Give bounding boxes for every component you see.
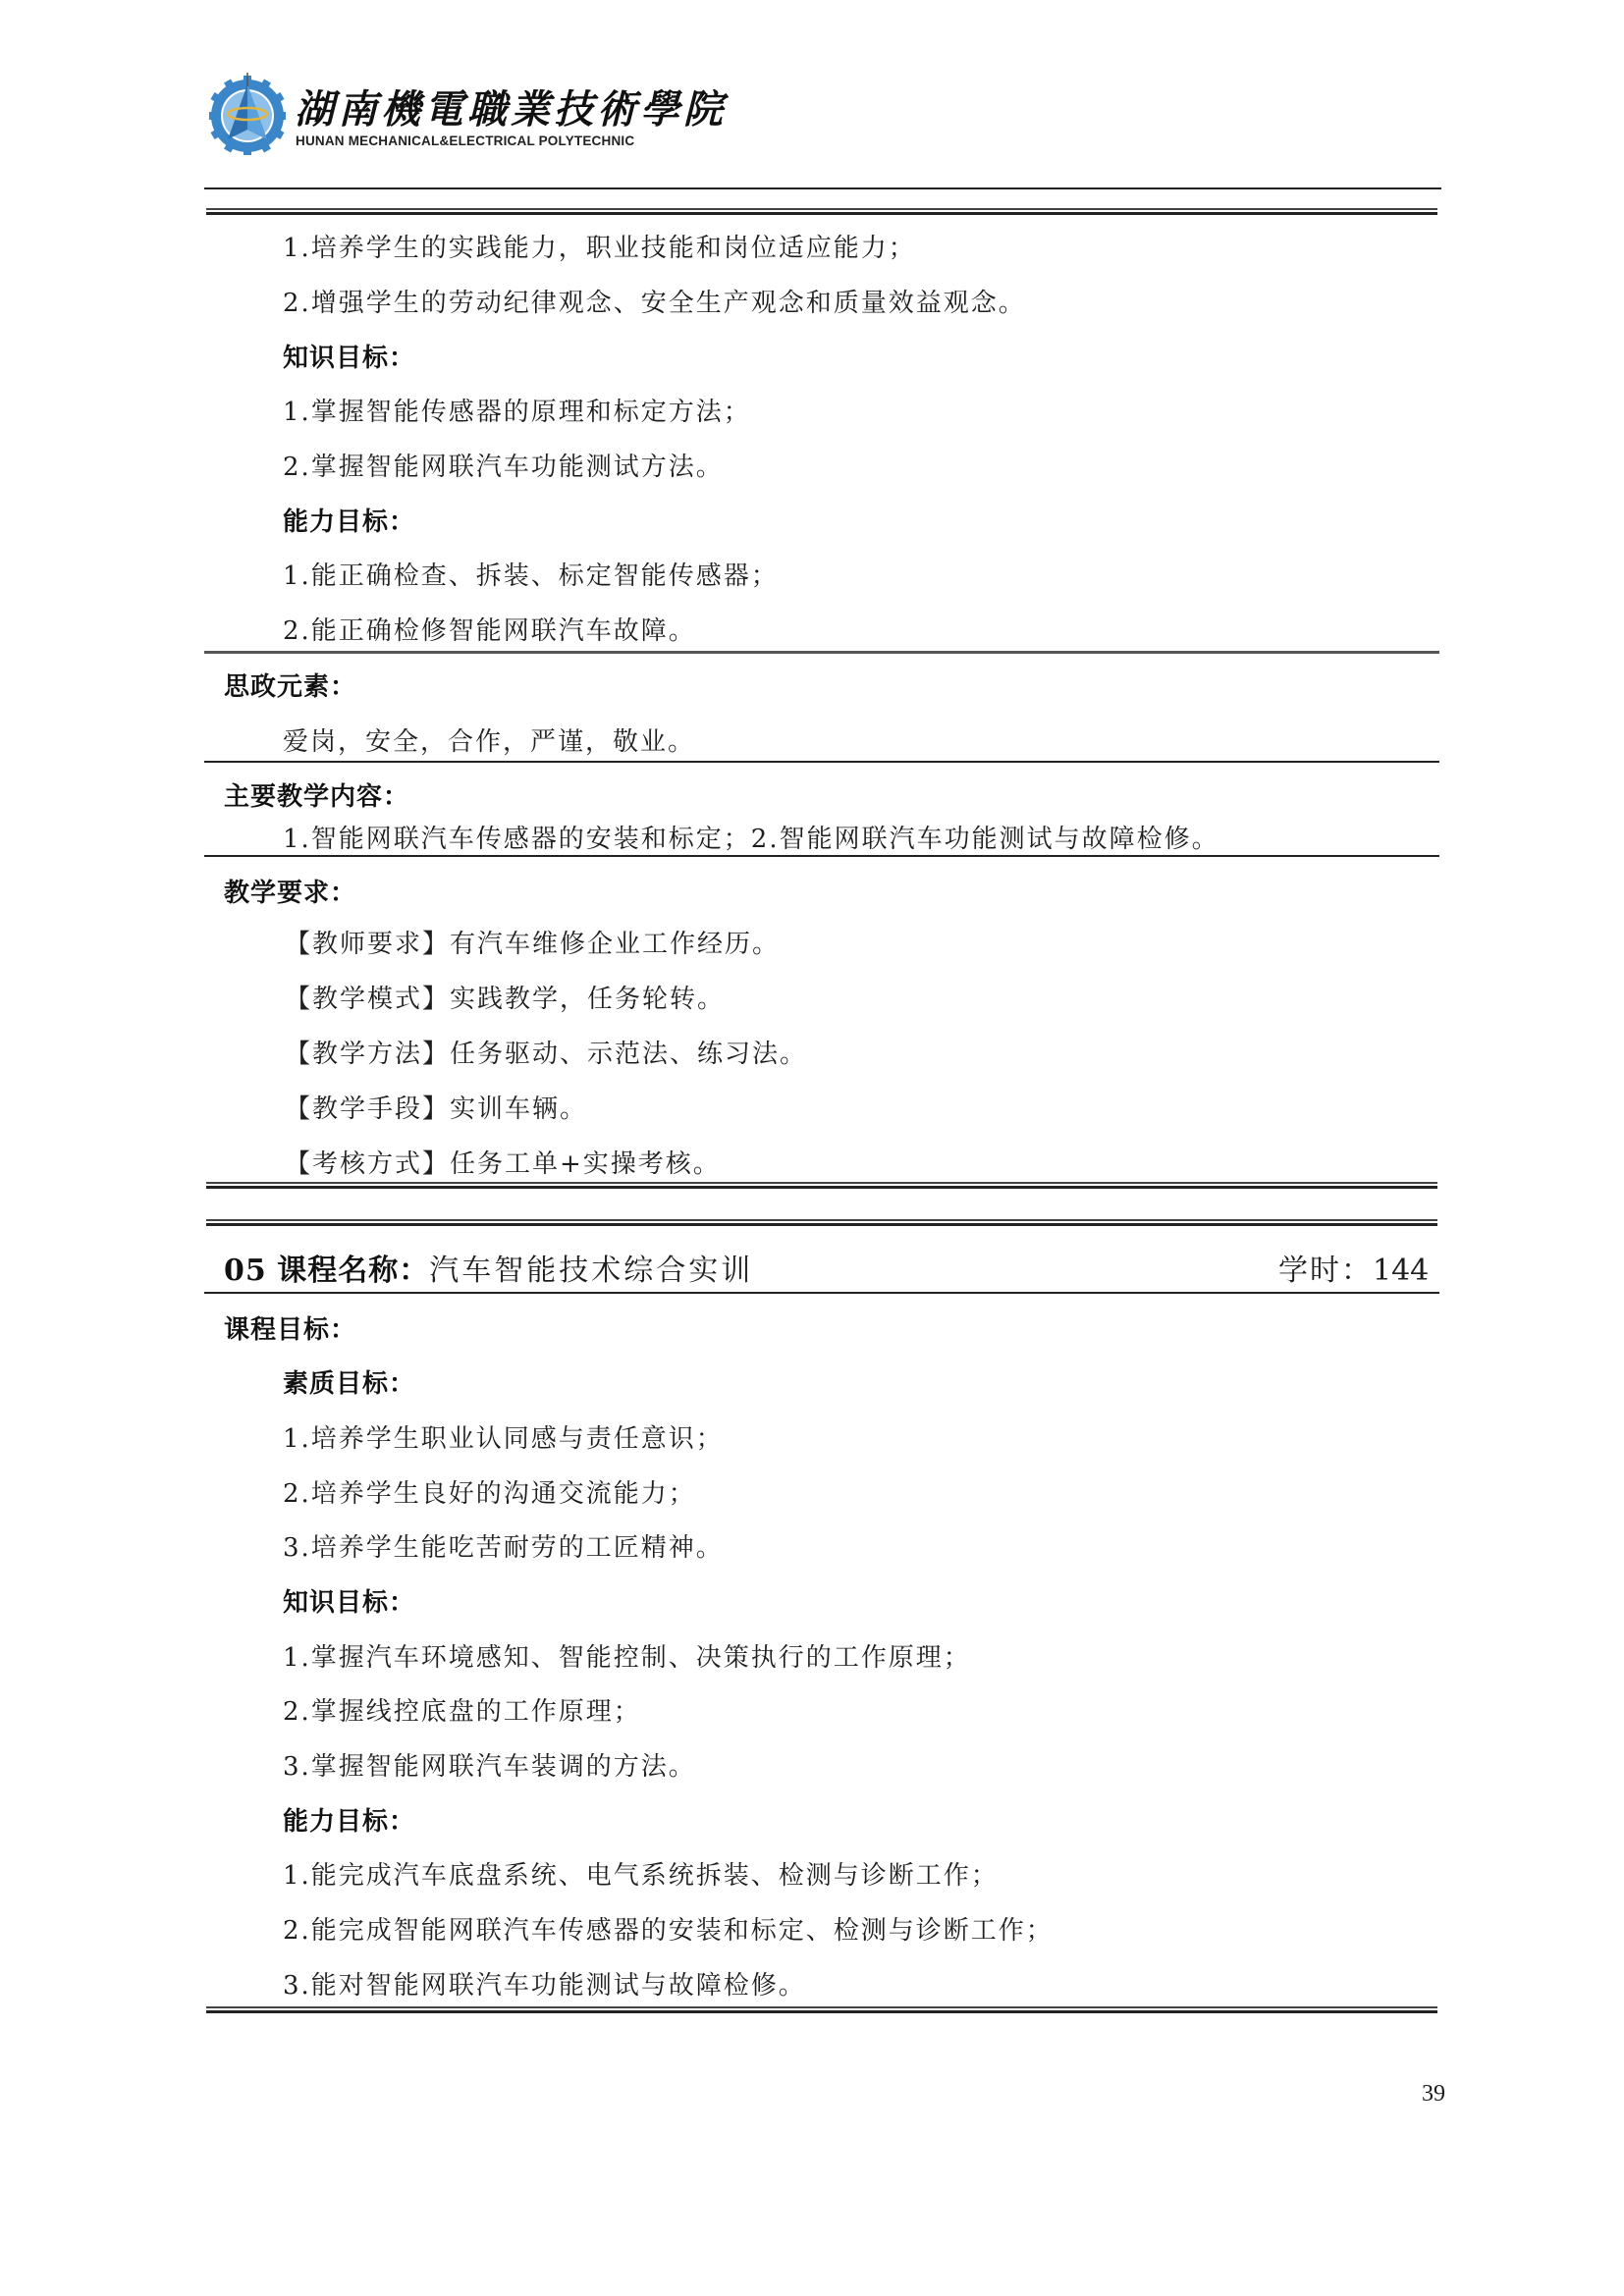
knowledge-item: 1.掌握智能传感器的原理和标定方法；: [283, 398, 751, 427]
requirements-heading: 教学要求：: [224, 879, 356, 908]
ability-heading: 能力目标：: [283, 1807, 415, 1837]
knowledge-heading: 知识目标：: [283, 1588, 415, 1618]
ability-item: 1.能正确检查、拆装、标定智能传感器；: [283, 561, 779, 591]
school-name-en: HUNAN MECHANICAL&ELECTRICAL POLYTECHNIC: [296, 134, 634, 148]
course-number: 05: [224, 1254, 267, 1288]
page-number: 39: [1422, 2081, 1445, 2108]
quality-item: 1.培养学生职业认同感与责任意识；: [283, 1424, 724, 1454]
course-name: 汽车智能技术综合实训: [429, 1254, 753, 1288]
course-title-row: 05 课程名称：汽车智能技术综合实训: [224, 1255, 753, 1288]
section-start-double-rule: [206, 1219, 1437, 1226]
knowledge-item: 3.掌握智能网联汽车装调的方法。: [283, 1752, 696, 1782]
requirement-item: 【教学模式】实践教学，任务轮转。: [285, 985, 725, 1014]
ideology-text: 爱岗，安全，合作，严谨，敬业。: [283, 727, 695, 757]
requirement-item: 【教师要求】有汽车维修企业工作经历。: [285, 930, 780, 959]
rule: [204, 1292, 1439, 1294]
knowledge-item: 1.掌握汽车环境感知、智能控制、决策执行的工作原理；: [283, 1643, 971, 1673]
requirement-item: 【教学手段】实训车辆。: [285, 1095, 587, 1124]
ability-item: 2.能完成智能网联汽车传感器的安装和标定、检测与诊断工作；: [283, 1916, 1054, 1946]
quality-item: 1.培养学生的实践能力，职业技能和岗位适应能力；: [283, 234, 916, 263]
section-end-double-rule: [206, 2006, 1437, 2013]
quality-item: 2.增强学生的劳动纪律观念、安全生产观念和质量效益观念。: [283, 289, 1026, 318]
requirement-item: 【考核方式】任务工单+实操考核。: [285, 1149, 721, 1179]
school-name-cn: 湖南機電職業技術學院: [295, 90, 727, 130]
hours-label: 学时：: [1278, 1254, 1373, 1288]
section-top-double-rule: [206, 208, 1437, 215]
content-heading: 主要教学内容：: [224, 782, 409, 812]
content-text: 1.智能网联汽车传感器的安装和标定；2.智能网联汽车功能测试与故障检修。: [283, 825, 1219, 854]
knowledge-item: 2.掌握线控底盘的工作原理；: [283, 1697, 641, 1727]
ability-heading: 能力目标：: [283, 507, 415, 537]
requirement-item: 【教学方法】任务驱动、示范法、练习法。: [285, 1040, 807, 1069]
knowledge-item: 2.掌握智能网联汽车功能测试方法。: [283, 453, 724, 482]
objectives-heading: 课程目标：: [224, 1315, 356, 1345]
ability-item: 2.能正确检修智能网联汽车故障。: [283, 616, 696, 646]
rule: [204, 855, 1439, 857]
ability-item: 3.能对智能网联汽车功能测试与故障检修。: [283, 1971, 806, 2001]
ability-item: 1.能完成汽车底盘系统、电气系统拆装、检测与诊断工作；: [283, 1861, 999, 1891]
rule: [204, 651, 1439, 654]
course-name-label: 课程名称：: [277, 1254, 429, 1288]
rule: [204, 761, 1439, 763]
quality-heading: 素质目标：: [283, 1369, 415, 1399]
quality-item: 3.培养学生能吃苦耐劳的工匠精神。: [283, 1533, 724, 1563]
header-rule: [204, 187, 1441, 189]
school-emblem-icon: [209, 69, 286, 155]
course-hours: 学时：144: [1278, 1255, 1429, 1288]
ideology-heading: 思政元素：: [224, 672, 356, 702]
quality-item: 2.培养学生良好的沟通交流能力；: [283, 1479, 696, 1509]
hours-value: 144: [1373, 1254, 1429, 1288]
section-end-double-rule: [206, 1182, 1437, 1189]
knowledge-heading: 知识目标：: [283, 344, 415, 373]
